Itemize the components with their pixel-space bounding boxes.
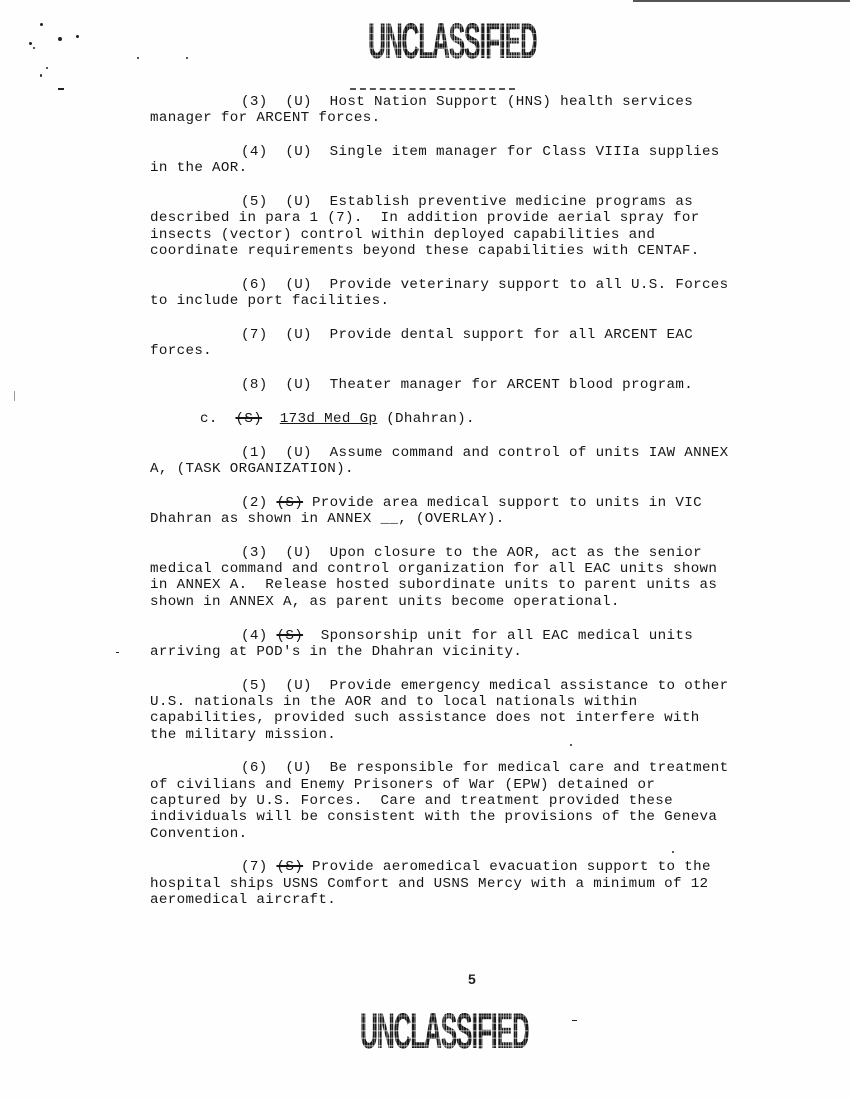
paragraph-first-line: Assume command and control of units IAW … — [330, 445, 729, 461]
paragraph-number: (7) — [241, 327, 268, 343]
paragraph-continuation: Dhahran as shown in ANNEX __, (OVERLAY). — [150, 511, 810, 527]
paragraph-first-line: Theater manager for ARCENT blood program… — [330, 377, 693, 393]
paragraph-c5: (5) (U) Provide emergency medical assist… — [150, 678, 810, 743]
classification-marking: (U) — [285, 445, 312, 461]
struck-classification-marking: (S) — [276, 859, 303, 875]
paragraph-continuation: of civilians and Enemy Prisoners of War … — [150, 777, 810, 842]
paragraph-c2: (2) (S) Provide area medical support to … — [150, 495, 810, 528]
scan-speck — [14, 391, 15, 401]
paragraph-number: (6) — [241, 760, 268, 776]
classification-marking: (U) — [285, 545, 312, 561]
classification-marking: (U) — [285, 144, 312, 160]
paragraph-c4: (4) (S) Sponsorship unit for all EAC med… — [150, 628, 810, 661]
paragraph-first-line: Sponsorship unit for all EAC medical uni… — [321, 628, 693, 644]
paragraph-number: (8) — [241, 377, 268, 393]
paragraph-first-line: Provide veterinary support to all U.S. F… — [330, 277, 729, 293]
scan-speck — [186, 57, 188, 59]
paragraph-number: (7) — [241, 859, 268, 875]
scan-edge-line — [633, 0, 850, 2]
paragraph-first-line: Be responsible for medical care and trea… — [330, 760, 729, 776]
paragraph-c6: (6) (U) Be responsible for medical care … — [150, 760, 810, 841]
scan-speck — [40, 23, 43, 26]
paragraph-continuation: manager for ARCENT forces. — [150, 110, 810, 126]
paragraph-continuation: to include port facilities. — [150, 293, 810, 309]
paragraph-number: (1) — [241, 445, 268, 461]
paragraph-first-line: Establish preventive medicine programs a… — [330, 194, 693, 210]
paragraph-number: (5) — [241, 678, 268, 694]
scan-speck — [58, 37, 62, 41]
paragraph-b3: (3) (U) Host Nation Support (HNS) health… — [150, 94, 810, 127]
paragraph-b4: (4) (U) Single item manager for Class VI… — [150, 144, 810, 177]
paragraph-continuation: hospital ships USNS Comfort and USNS Mer… — [150, 876, 810, 909]
paragraph-number: (2) — [241, 495, 268, 511]
paragraph-number: (5) — [241, 194, 268, 210]
classification-stamp-bottom: UNCLASSIFIED — [360, 1004, 528, 1060]
classification-marking: (U) — [285, 377, 312, 393]
classification-marking: (U) — [285, 760, 312, 776]
paragraph-c3: (3) (U) Upon closure to the AOR, act as … — [150, 545, 810, 610]
paragraph-first-line: Provide aeromedical evacuation support t… — [312, 859, 711, 875]
paragraph-number: (4) — [241, 628, 268, 644]
paragraph-first-line: Host Nation Support (HNS) health service… — [330, 94, 693, 110]
paragraph-continuation: medical command and control organization… — [150, 561, 810, 610]
paragraph-b8: (8) (U) Theater manager for ARCENT blood… — [150, 377, 810, 393]
classification-stamp-top: UNCLASSIFIED — [368, 14, 536, 70]
document-page: UNCLASSIFIED (3) (U) Host Nation Support… — [0, 0, 850, 1099]
classification-marking: (U) — [285, 94, 312, 110]
classification-marking: (U) — [285, 327, 312, 343]
struck-classification-marking: (S) — [235, 411, 262, 427]
paragraph-number: (4) — [241, 144, 268, 160]
scan-speck — [116, 652, 119, 653]
scan-speck — [572, 1020, 577, 1021]
struck-classification-marking: (S) — [276, 495, 303, 511]
paragraph-c7: (7) (S) Provide aeromedical evacuation s… — [150, 859, 810, 908]
section-letter: c. — [200, 411, 218, 427]
paragraph-b7: (7) (U) Provide dental support for all A… — [150, 327, 810, 360]
scan-speck — [58, 88, 64, 90]
scan-speck — [33, 47, 35, 49]
paragraph-b6: (6) (U) Provide veterinary support to al… — [150, 277, 810, 310]
scan-speck — [29, 42, 32, 45]
paragraph-first-line: Single item manager for Class VIIIa supp… — [330, 144, 720, 160]
paragraph-continuation: in the AOR. — [150, 160, 810, 176]
paragraph-number: (6) — [241, 277, 268, 293]
struck-classification-marking: (S) — [276, 628, 303, 644]
page-number: 5 — [468, 971, 476, 987]
section-c-heading: c. (S) 173d Med Gp (Dhahran). — [150, 411, 810, 427]
scan-artifact-dashes — [350, 88, 515, 90]
paragraph-first-line: Provide emergency medical assistance to … — [330, 678, 729, 694]
paragraph-continuation: described in para 1 (7). In addition pro… — [150, 210, 810, 259]
paragraph-b5: (5) (U) Establish preventive medicine pr… — [150, 194, 810, 259]
paragraph-number: (3) — [241, 545, 268, 561]
scan-speck — [40, 74, 42, 77]
paragraph-continuation: A, (TASK ORGANIZATION). — [150, 461, 810, 477]
section-title-suffix: (Dhahran). — [386, 411, 475, 427]
paragraph-continuation: U.S. nationals in the AOR and to local n… — [150, 694, 810, 743]
document-body: (3) (U) Host Nation Support (HNS) health… — [150, 94, 810, 926]
classification-marking: (U) — [285, 194, 312, 210]
section-title: 173d Med Gp — [280, 411, 378, 427]
paragraph-first-line: Provide dental support for all ARCENT EA… — [330, 327, 693, 343]
paragraph-c1: (1) (U) Assume command and control of un… — [150, 445, 810, 478]
paragraph-continuation: forces. — [150, 343, 810, 359]
paragraph-first-line: Provide area medical support to units in… — [312, 495, 702, 511]
paragraph-number: (3) — [241, 94, 268, 110]
scan-speck — [46, 67, 48, 69]
classification-marking: (U) — [285, 678, 312, 694]
classification-marking: (U) — [285, 277, 312, 293]
paragraph-first-line: Upon closure to the AOR, act as the seni… — [330, 545, 702, 561]
scan-speck — [137, 57, 139, 59]
paragraph-continuation: arriving at POD's in the Dhahran vicinit… — [150, 644, 810, 660]
scan-speck — [76, 35, 79, 38]
